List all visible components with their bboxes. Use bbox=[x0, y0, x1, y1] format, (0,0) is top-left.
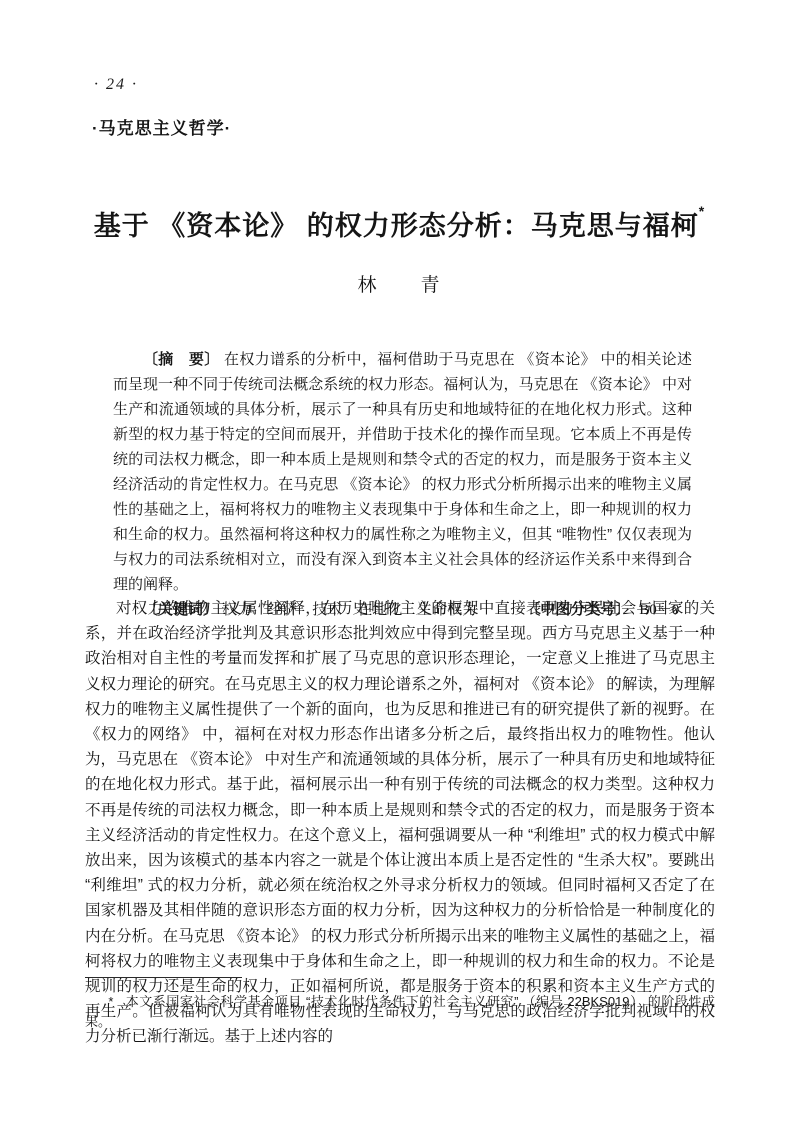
article-title-text: 基于 《资本论》 的权力形态分析：马克思与福柯 bbox=[94, 211, 699, 241]
body-paragraph: 对权力的唯物主义属性阐释，在历史唯物主义的框架中直接表现为市民社会与国家的关系，… bbox=[85, 596, 715, 1050]
journal-page: · 24 · ·马克思主义哲学· 基于 《资本论》 的权力形态分析：马克思与福柯… bbox=[0, 0, 799, 1131]
abstract-block: 〔摘 要〕 在权力谱系的分析中，福柯借助于马克思在 《资本论》 中的相关论述而呈… bbox=[113, 347, 692, 623]
article-title: 基于 《资本论》 的权力形态分析：马克思与福柯* bbox=[85, 204, 714, 243]
footnote-divider bbox=[85, 977, 242, 978]
abstract-text: 在权力谱系的分析中，福柯借助于马克思在 《资本论》 中的相关论述而呈现一种不同于… bbox=[113, 351, 692, 593]
footnote-block: *本文系国家社会科学基金项目 “技术化时代条件下的社会主义研究” （编号 22B… bbox=[85, 992, 715, 1032]
title-footnote-mark: * bbox=[699, 203, 705, 219]
footnote-marker: * bbox=[108, 994, 113, 1009]
abstract-paragraph: 〔摘 要〕 在权力谱系的分析中，福柯借助于马克思在 《资本论》 中的相关论述而呈… bbox=[113, 347, 692, 597]
footnote-paragraph: *本文系国家社会科学基金项目 “技术化时代条件下的社会主义研究” （编号 22B… bbox=[85, 992, 715, 1032]
section-label: ·马克思主义哲学· bbox=[92, 114, 231, 139]
article-body: 对权力的唯物主义属性阐释，在历史唯物主义的框架中直接表现为市民社会与国家的关系，… bbox=[85, 596, 715, 1050]
abstract-label: 〔摘 要〕 bbox=[143, 351, 220, 368]
footnote-text: 本文系国家社会科学基金项目 “技术化时代条件下的社会主义研究” （编号 22BK… bbox=[85, 994, 715, 1029]
author-name: 林 青 bbox=[0, 270, 799, 297]
page-number: · 24 · bbox=[94, 76, 138, 94]
